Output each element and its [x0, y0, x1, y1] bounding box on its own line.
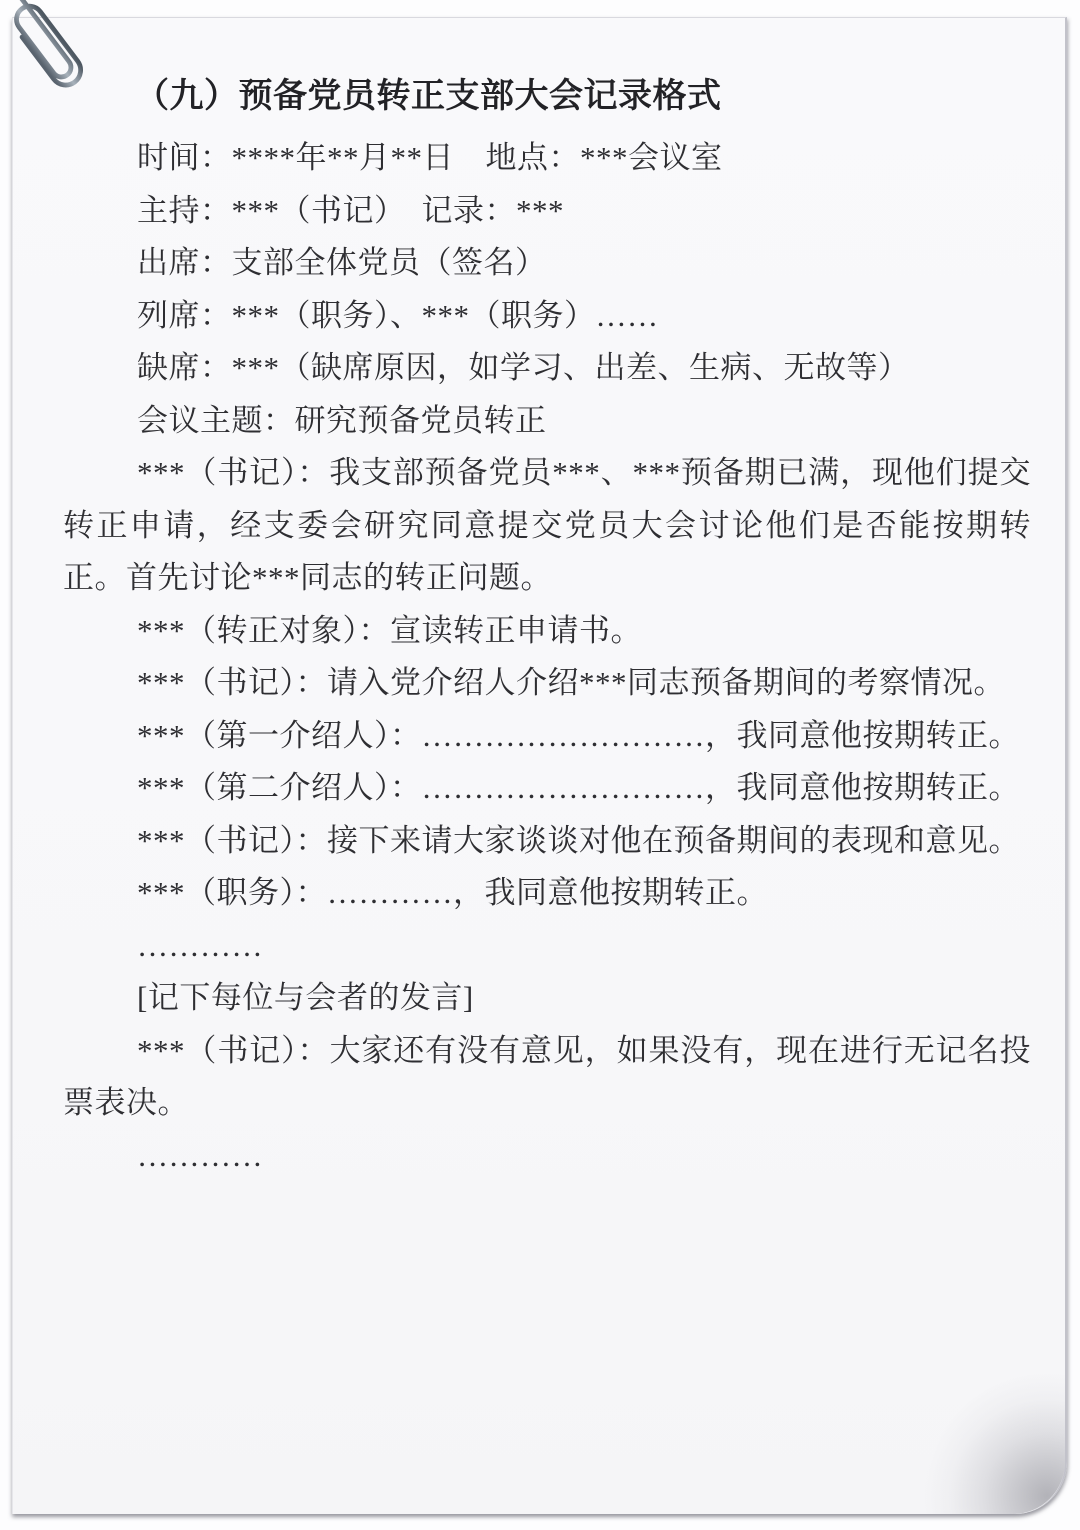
document-line-absent: 缺席：***（缺席原因，如学习、出差、生病、无故等）: [63, 342, 1031, 395]
document-paragraph-candidate: ***（转正对象）：宣读转正申请书。: [63, 605, 1031, 658]
document-paragraph-secretary-intro: ***（书记）：我支部预备党员***、***预备期已满，现他们提交转正申请，经支…: [63, 447, 1031, 605]
page-corner-curl: [915, 1364, 1065, 1514]
document-paragraph-member-opinion: ***（职务）：…………，我同意他按期转正。: [63, 867, 1031, 920]
document-paragraph-first-sponsor: ***（第一介绍人）：………………………，我同意他按期转正。: [63, 710, 1031, 763]
document-page: （九）预备党员转正支部大会记录格式 时间：****年**月**日 地点：***会…: [12, 17, 1067, 1514]
document-line-observers: 列席：***（职务）、***（职务）……: [63, 290, 1031, 343]
document-paragraph-secretary-vote: ***（书记）：大家还有没有意见，如果没有，现在进行无记名投票表决。: [63, 1025, 1031, 1130]
scanned-page-background: （九）预备党员转正支部大会记录格式 时间：****年**月**日 地点：***会…: [0, 0, 1080, 1530]
document-paragraph-secretary-discuss: ***（书记）：接下来请大家谈谈对他在预备期间的表现和意见。: [63, 815, 1031, 868]
document-paragraph-secretary-ask: ***（书记）：请入党介绍人介绍***同志预备期间的考察情况。: [63, 657, 1031, 710]
document-body: （九）预备党员转正支部大会记录格式 时间：****年**月**日 地点：***会…: [63, 68, 1031, 1182]
document-line-time-place: 时间：****年**月**日 地点：***会议室: [63, 132, 1031, 185]
document-line-note-bracket: [记下每位与会者的发言]: [63, 972, 1031, 1025]
document-title: （九）预备党员转正支部大会记录格式: [63, 68, 1031, 126]
document-line-ellipsis-2: …………: [63, 1130, 1031, 1183]
document-line-topic: 会议主题：研究预备党员转正: [63, 395, 1031, 448]
document-paragraph-second-sponsor: ***（第二介绍人）：………………………，我同意他按期转正。: [63, 762, 1031, 815]
document-line-attendees: 出席：支部全体党员（签名）: [63, 237, 1031, 290]
document-line-host-recorder: 主持：***（书记） 记录：***: [63, 185, 1031, 238]
document-line-ellipsis-1: …………: [63, 920, 1031, 973]
